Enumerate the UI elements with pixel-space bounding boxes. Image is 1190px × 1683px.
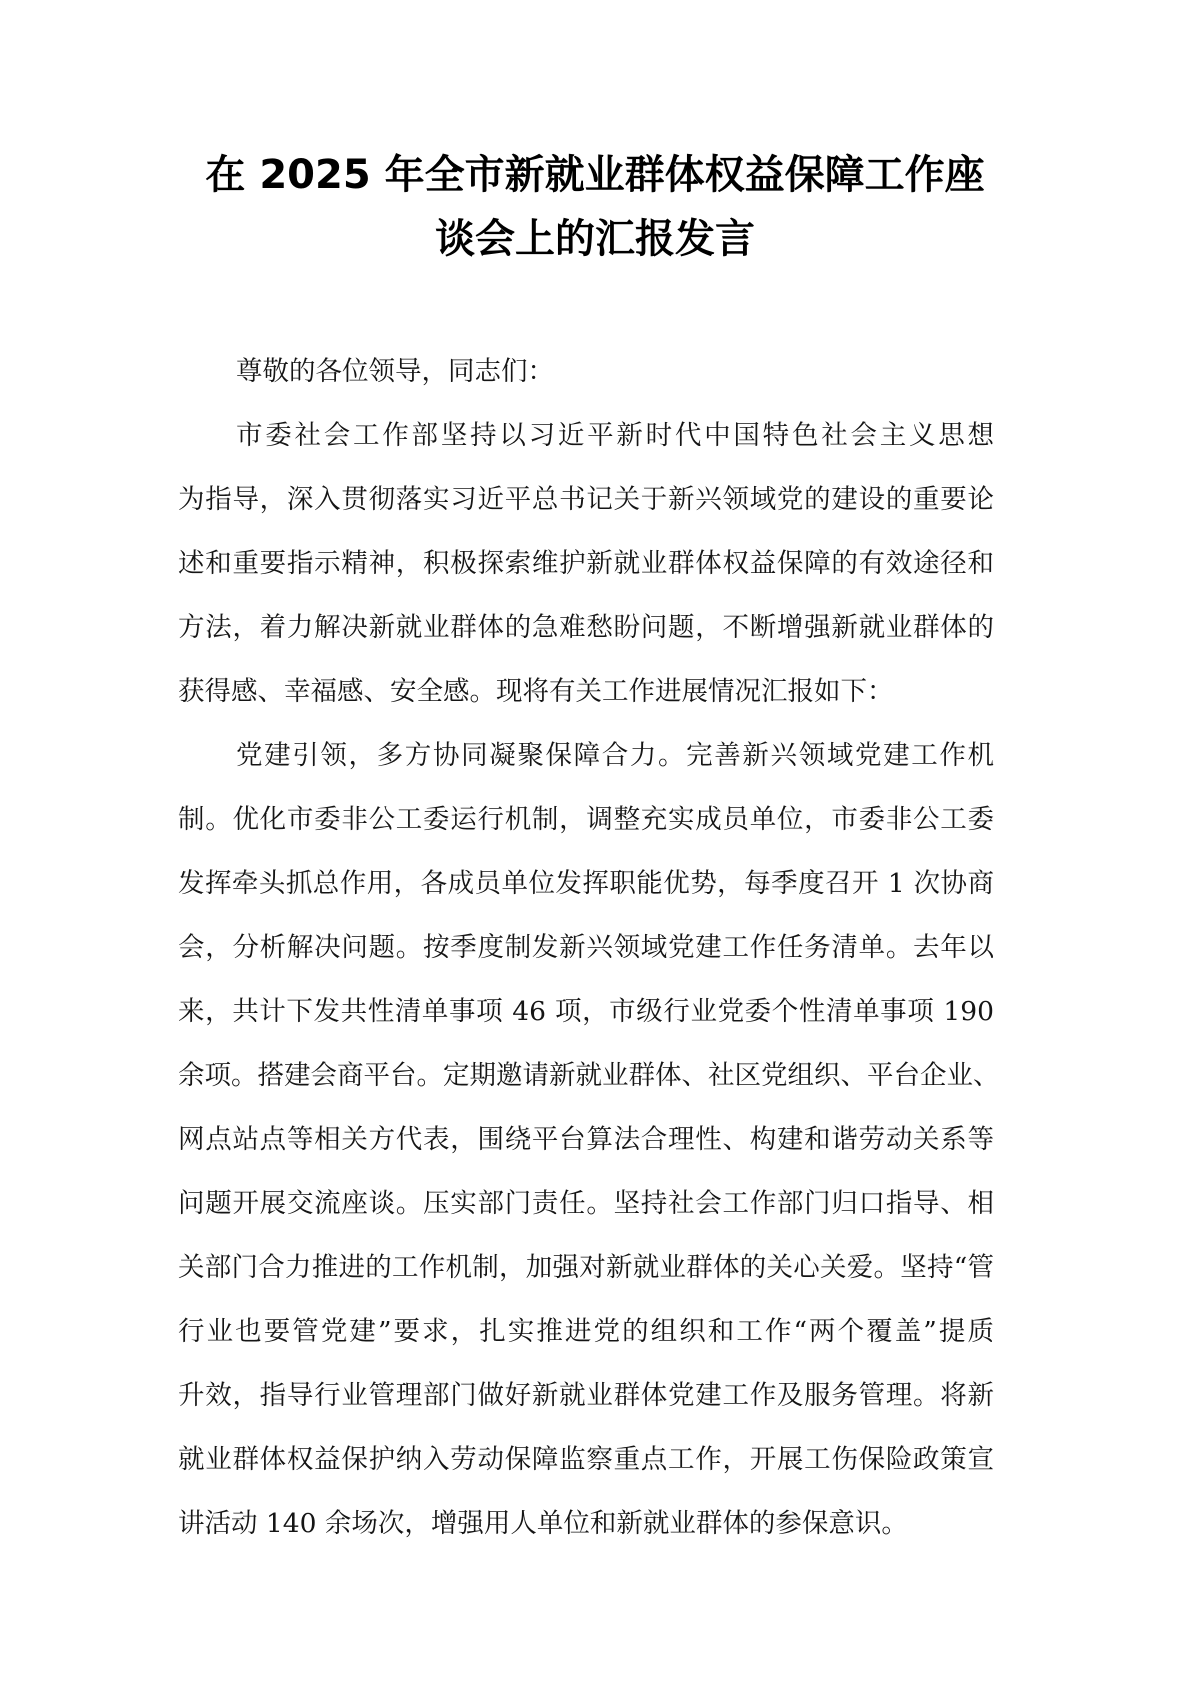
document-body: 尊敬的各位领导，同志们： 市委社会工作部坚持以习近平新时代中国特色社会主义思想 … bbox=[178, 340, 994, 1556]
title-line: 在 2025 年全市新就业群体权益保障工作座 bbox=[150, 143, 1040, 207]
text-line: 发挥牵头抓总作用，各成员单位发挥职能优势，每季度召开 1 次协商 bbox=[178, 852, 994, 916]
text-line: 会，分析解决问题。按季度制发新兴领域党建工作任务清单。去年以 bbox=[178, 916, 994, 980]
text-line: 党建引领，多方协同凝聚保障合力。完善新兴领域党建工作机 bbox=[178, 724, 994, 788]
text-line: 为指导，深入贯彻落实习近平总书记关于新兴领域党的建设的重要论 bbox=[178, 468, 994, 532]
text-line: 述和重要指示精神，积极探索维护新就业群体权益保障的有效途径和 bbox=[178, 532, 994, 596]
text-line: 升效，指导行业管理部门做好新就业群体党建工作及服务管理。将新 bbox=[178, 1364, 994, 1428]
page-title: 在 2025 年全市新就业群体权益保障工作座 谈会上的汇报发言 bbox=[150, 143, 1040, 271]
greeting: 尊敬的各位领导，同志们： bbox=[178, 340, 994, 404]
text-line: 获得感、幸福感、安全感。现将有关工作进展情况汇报如下： bbox=[178, 660, 994, 724]
text-line: 讲活动 140 余场次，增强用人单位和新就业群体的参保意识。 bbox=[178, 1492, 994, 1556]
text-line: 方法，着力解决新就业群体的急难愁盼问题，不断增强新就业群体的 bbox=[178, 596, 994, 660]
text-line: 来，共计下发共性清单事项 46 项，市级行业党委个性清单事项 190 bbox=[178, 980, 994, 1044]
text-line: 余项。搭建会商平台。定期邀请新就业群体、社区党组织、平台企业、 bbox=[178, 1044, 994, 1108]
paragraph-party-building: 党建引领，多方协同凝聚保障合力。完善新兴领域党建工作机 制。优化市委非公工委运行… bbox=[178, 724, 994, 1556]
text-line: 制。优化市委非公工委运行机制，调整充实成员单位，市委非公工委 bbox=[178, 788, 994, 852]
document-page: 在 2025 年全市新就业群体权益保障工作座 谈会上的汇报发言 尊敬的各位领导，… bbox=[0, 0, 1190, 1683]
text-line: 行业也要管党建”要求，扎实推进党的组织和工作“两个覆盖”提质 bbox=[178, 1300, 994, 1364]
text-line: 市委社会工作部坚持以习近平新时代中国特色社会主义思想 bbox=[178, 404, 994, 468]
text-line: 问题开展交流座谈。压实部门责任。坚持社会工作部门归口指导、相 bbox=[178, 1172, 994, 1236]
text-line: 网点站点等相关方代表，围绕平台算法合理性、构建和谐劳动关系等 bbox=[178, 1108, 994, 1172]
title-line: 谈会上的汇报发言 bbox=[150, 207, 1040, 271]
text-line: 就业群体权益保护纳入劳动保障监察重点工作，开展工伤保险政策宣 bbox=[178, 1428, 994, 1492]
text-line: 关部门合力推进的工作机制，加强对新就业群体的关心关爱。坚持“管 bbox=[178, 1236, 994, 1300]
paragraph-intro: 市委社会工作部坚持以习近平新时代中国特色社会主义思想 为指导，深入贯彻落实习近平… bbox=[178, 404, 994, 724]
